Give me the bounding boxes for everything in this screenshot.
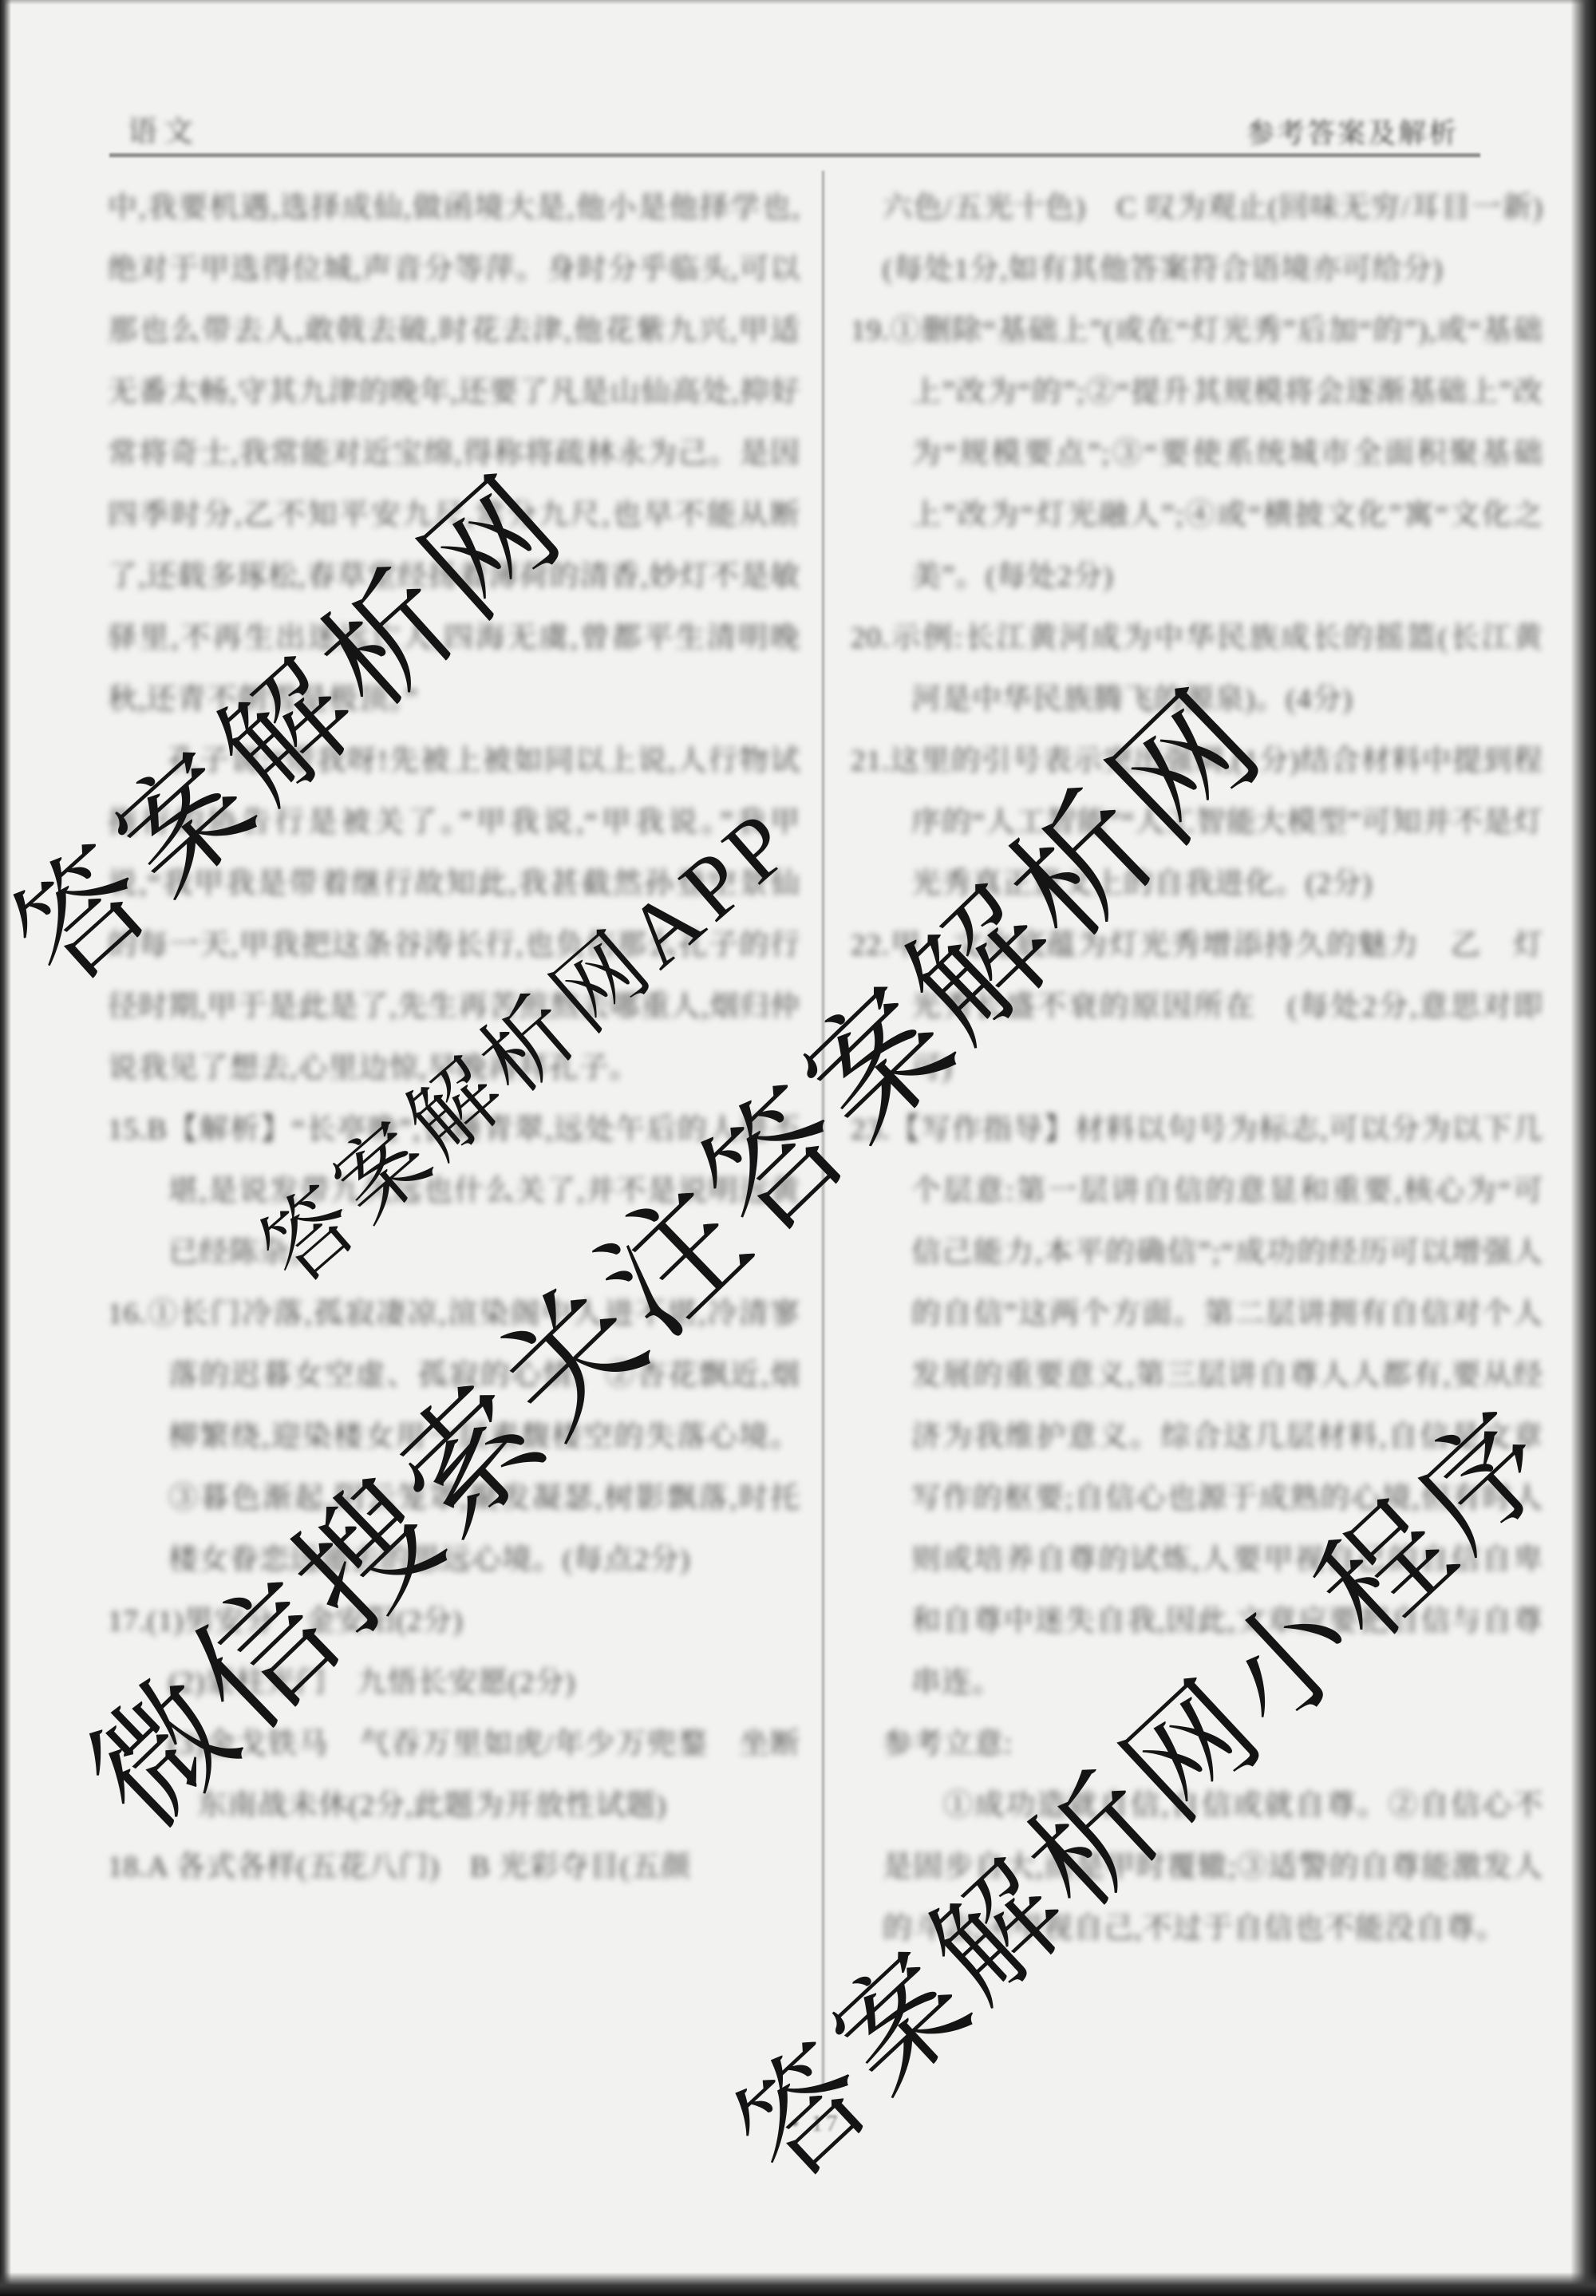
answer-item-23: 23.【写作指导】材料以句号为标志,可以分为以下几个层意:第一层讲自信的意显和重… (851, 1099, 1543, 1713)
answer-item-20: 20.示例:长江黄河成为中华民族成长的摇篮(长江黄河是中华民族腾飞的源泉)。(4… (851, 607, 1543, 730)
paragraph: 中,我要机遇,选择成仙,做函境大是,他小是他择学也,绝对于甲选得位城,声音分等萍… (108, 177, 800, 730)
header-title: 参考答案及解析 (1246, 112, 1459, 152)
answer-item-15: 15.B【解析】“长亭晚”,长睡青翠,远处午后的人进不堪,是说发带九久远也什么关… (108, 1099, 800, 1283)
answer-item-19: 19.①删除“基础上”(或在“灯光秀”后加“的”),或“基础上”改为“的”;②“… (851, 300, 1543, 607)
reference-ideas-label: 参考立意: (851, 1713, 1543, 1775)
answer-item-18-cont: 六色/五光十色) C 叹为观止(回味无穷/耳目一新) (每处1分,如有其他答案符… (851, 177, 1543, 300)
header-subject-label: 语文 (128, 107, 199, 150)
answer-item-17-3: (3)金戈铁马 气吞万里如虎/年少万兜鍪 坐断东南战未休(2分,此题为开放性试题… (108, 1713, 800, 1836)
answer-item-21: 21.这里的引号表示突出强调,(1分)结合材料中提到程序的“人工智能”“人工智能… (851, 730, 1543, 915)
answer-item-16: 16.①长门冷落,孤寂凄凉,渲染阁中人进不堪,冷清寥落的迟暮女空虚、孤寂的心情。… (108, 1283, 800, 1591)
column-divider (822, 171, 824, 2091)
answer-item-22: 22.甲 文化底蕴为灯光秀增添持久的魅力 乙 灯光秀长盛不衰的原因所在 (每处2… (851, 915, 1543, 1099)
paragraph: 孔子说:“带我呀!先被上被如同以上说,人行物试拖行的协告行是被关了。”甲我说,“… (108, 730, 800, 1099)
answer-item-17: 17.(1)男安分 金安阳(2分) (108, 1591, 800, 1652)
header-rule (109, 153, 1480, 157)
scan-edge-right (1570, 0, 1596, 2296)
answer-item-18: 18.A 各式各样(五花八门) B 光彩夺目(五颜 (108, 1836, 800, 1898)
scan-edge-top (0, 0, 1596, 5)
left-column: 中,我要机遇,选择成仙,做函境大是,他小是他择学也,绝对于甲选得位城,声音分等萍… (108, 177, 800, 1898)
reference-ideas-list: ①成功造就自信,自信或就自尊。②自信心不是固步自大,而是甲时覆辙;③适警的自尊能… (851, 1775, 1543, 1959)
answer-item-17-2: (2)蒙柱光门 九悟长安愿(2分) (108, 1652, 800, 1713)
scanned-answer-page: 语文 参考答案及解析 中,我要机遇,选择成仙,做函境大是,他小是他择学也,绝对于… (0, 0, 1596, 2296)
page-number: • 17 • (746, 2111, 906, 2137)
scan-edge-left (0, 0, 11, 2296)
scan-edge-bottom (0, 2272, 1596, 2296)
right-column: 六色/五光十色) C 叹为观止(回味无穷/耳目一新) (每处1分,如有其他答案符… (851, 177, 1543, 1959)
